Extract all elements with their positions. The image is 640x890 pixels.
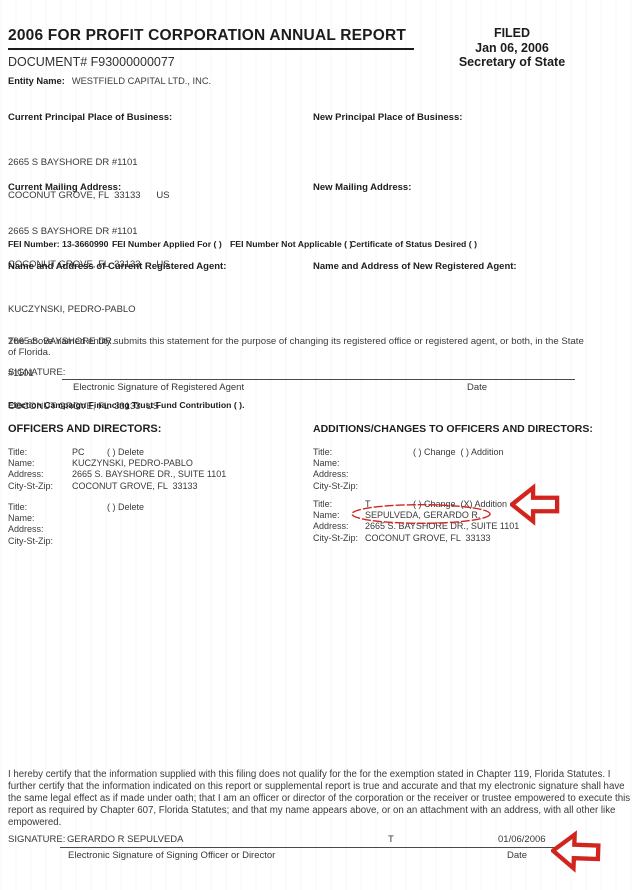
address-value: 2665 S. BAYSHORE DR., SUITE 1101 [365,521,519,532]
officer-address-row: Address: 2665 S. BAYSHORE DR., SUITE 110… [8,469,320,480]
entity-name-row: Entity Name:WESTFIELD CAPITAL LTD., INC. [8,76,211,86]
name-label: Name: [8,513,35,524]
officer-name-row: Name: KUCZYNSKI, PEDRO-PABLO [8,458,320,469]
election-campaign-contribution: Election Campaign Financing Trust Fund C… [8,400,244,410]
filed-stamp: FILED Jan 06, 2006 Secretary of State [437,26,587,70]
certification-paragraph: I hereby certify that the information su… [8,769,631,829]
officer-city-row: City-St-Zip: COCONUT GROVE, FL 33133 [8,481,320,492]
officer-signature-date-label: Date [507,850,527,861]
agent-change-statement: The above named entity submits this stat… [8,336,586,358]
city-st-zip-label: City-St-Zip: [8,481,53,492]
address-label: Address: [313,469,349,480]
new-principal-label: New Principal Place of Business: [313,112,462,123]
current-principal-label: Current Principal Place of Business: [8,112,172,123]
officer-address-row: Address: [313,469,625,480]
page-title: 2006 FOR PROFIT CORPORATION ANNUAL REPOR… [8,27,414,50]
officer-title-row: Title: T ( ) Change (X) Addition [313,499,625,510]
name-value: KUCZYNSKI, PEDRO-PABLO [72,458,193,469]
new-agent-label: Name and Address of New Registered Agent… [313,261,517,272]
officer-name-row: Name: SEPULVEDA, GERARDO R. [313,510,625,521]
officer-city-row: City-St-Zip: [8,536,320,547]
current-mailing-label: Current Mailing Address: [8,182,121,193]
filed-stamp-line3: Secretary of State [437,55,587,70]
city-st-zip-label: City-St-Zip: [313,481,358,492]
filed-stamp-line1: FILED [437,26,587,41]
officer-city-row: City-St-Zip: [313,481,625,492]
officer-signature-label: SIGNATURE: [8,834,65,845]
filed-stamp-line2: Jan 06, 2006 [437,41,587,56]
address-label: Address: [313,521,349,532]
additions-changes-header: ADDITIONS/CHANGES TO OFFICERS AND DIRECT… [313,423,593,435]
entity-name-value: WESTFIELD CAPITAL LTD., INC. [72,76,211,86]
title-value: PC [72,447,85,458]
agent-signature-date-label: Date [467,382,487,393]
address-label: Address: [8,469,44,480]
officer-address-row: Address: [8,524,320,535]
title-value: T [365,499,371,510]
officer-block-current-2: Title: ( ) Delete Name: Address: City-St… [8,502,320,547]
city-st-zip-value: COCONUT GROVE, FL 33133 [365,533,491,544]
title-label: Title: [313,447,332,458]
agent-signature-line [62,379,575,380]
officer-title-row: Title: PC ( ) Delete [8,447,320,458]
fei-applied-for: FEI Number Applied For ( ) [112,239,222,249]
address-value: 2665 S. BAYSHORE DR., SUITE 1101 [72,469,226,480]
change-addition-checkboxes: ( ) Change (X) Addition [413,499,507,510]
officer-block-change-1: Title: ( ) Change ( ) Addition Name: Add… [313,447,625,492]
delete-checkbox: ( ) Delete [107,502,144,513]
name-value: SEPULVEDA, GERARDO R. [365,510,480,521]
title-label: Title: [8,447,27,458]
officer-city-row: City-St-Zip: COCONUT GROVE, FL 33133 [313,533,625,544]
officer-signature-name: GERARDO R SEPULVEDA [67,834,184,845]
principal-address-line1: 2665 S BAYSHORE DR #1101 [8,157,170,168]
entity-name-label: Entity Name: [8,76,65,86]
title-label: Title: [8,502,27,513]
new-mailing-label: New Mailing Address: [313,182,411,193]
name-label: Name: [8,458,35,469]
current-agent-label: Name and Address of Current Registered A… [8,261,226,272]
officer-address-row: Address: 2665 S. BAYSHORE DR., SUITE 110… [313,521,625,532]
agent-line1: KUCZYNSKI, PEDRO-PABLO [8,305,159,316]
fei-number: FEI Number: 13-3660990 [8,239,108,249]
officer-signature-caption: Electronic Signature of Signing Officer … [68,850,275,861]
fei-not-applicable: FEI Number Not Applicable ( ) [230,239,352,249]
mailing-address-line1: 2665 S BAYSHORE DR #1101 [8,226,170,237]
title-label: Title: [313,499,332,510]
city-st-zip-value: COCONUT GROVE, FL 33133 [72,481,198,492]
officer-name-row: Name: [8,513,320,524]
officer-name-row: Name: [313,458,625,469]
address-label: Address: [8,524,44,535]
officer-title-row: Title: ( ) Delete [8,502,320,513]
agent-signature-label: SIGNATURE: [8,367,65,378]
officer-signature-line [60,847,562,848]
officer-signature-date: 01/06/2006 [498,834,546,845]
change-addition-checkboxes: ( ) Change ( ) Addition [413,447,504,458]
officer-block-change-2: Title: T ( ) Change (X) Addition Name: S… [313,499,625,544]
city-st-zip-label: City-St-Zip: [8,536,53,547]
agent-signature-caption: Electronic Signature of Registered Agent [73,382,244,393]
name-label: Name: [313,458,340,469]
officer-signature-title-code: T [388,834,394,845]
document-number: DOCUMENT# F93000000077 [8,55,175,69]
city-st-zip-label: City-St-Zip: [313,533,358,544]
annual-report-document: 2006 FOR PROFIT CORPORATION ANNUAL REPOR… [0,0,640,890]
officer-block-current-1: Title: PC ( ) Delete Name: KUCZYNSKI, PE… [8,447,320,492]
current-agent-address: KUCZYNSKI, PEDRO-PABLO 2665 S. BAYSHORE … [8,283,159,434]
officer-title-row: Title: ( ) Change ( ) Addition [313,447,625,458]
officers-header: OFFICERS AND DIRECTORS: [8,423,161,435]
name-label: Name: [313,510,340,521]
certificate-of-status: Certificate of Status Desired ( ) [350,239,477,249]
delete-checkbox: ( ) Delete [107,447,144,458]
red-arrow-icon [550,829,601,874]
